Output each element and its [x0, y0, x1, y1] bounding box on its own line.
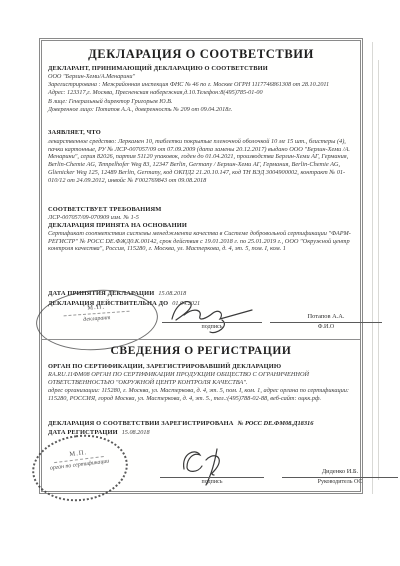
authority-heading: ОРГАН ПО СЕРТИФИКАЦИИ, ЗАРЕГИСТРИРОВАВШИ…	[48, 363, 354, 370]
name-label: Ф.И.О	[270, 323, 382, 330]
section-divider	[42, 339, 360, 340]
registration-date-value: 15.08.2018	[122, 429, 150, 436]
authority-name: RA.RU.11ФМ08 ОРГАН ПО СЕРТИФИКАЦИИ ПРОДУ…	[48, 371, 354, 386]
scan-artifact-line	[372, 42, 373, 494]
statement-body: лекарственное средство: Леркамен 10, таб…	[48, 138, 354, 184]
authority-sign-area: подпись	[160, 477, 264, 485]
authority-signer-name: Диденко И.Б.	[282, 468, 398, 477]
declarant-name-area: Потапов А.А. Ф.И.О	[270, 313, 382, 330]
page-title: ДЕКЛАРАЦИЯ О СООТВЕТСТВИИ	[48, 47, 354, 62]
authority-address: адрес организации: 115280, г. Москва, ул…	[48, 387, 354, 402]
conformity-body: ЛСР-007057/09-070909 изм. № 1-5	[48, 214, 354, 222]
declarant-representative: В лице: Генеральный директор Григорьев Ю…	[48, 98, 354, 106]
declarant-registration: Зарегистрирована : Межрайонная инспекция…	[48, 81, 354, 89]
basis-heading: ДЕКЛАРАЦИЯ ПРИНЯТА НА ОСНОВАНИИ	[48, 222, 354, 229]
declarant-details: ООО "Берлин-Хеми/А.Менарини" Зарегистрир…	[48, 73, 354, 114]
registration-title: СВЕДЕНИЯ О РЕГИСТРАЦИИ	[48, 345, 354, 357]
sign-label: подпись	[160, 478, 264, 485]
sign-label: подпись	[162, 323, 262, 330]
declarant-heading: ДЕКЛАРАНТ, ПРИНИМАЮЩИЙ ДЕКЛАРАЦИЮ О СООТ…	[48, 65, 354, 72]
stamp-role-text: декларант	[37, 312, 157, 327]
name-label: Руководитель ОС	[282, 478, 398, 485]
certification-body-stamp: М.П. орган по сертификации	[28, 429, 131, 506]
declarant-address: Адрес: 123317,г. Москва, Пресненская наб…	[48, 89, 354, 97]
authority-signature-scribble	[168, 445, 258, 481]
declarant-signer-name: Потапов А.А.	[270, 313, 382, 322]
basis-body: Сертификат соответствия системы менеджме…	[48, 230, 354, 253]
declaration-document: ДЕКЛАРАЦИЯ О СООТВЕТСТВИИ ДЕКЛАРАНТ, ПРИ…	[39, 38, 363, 494]
authority-name-area: Диденко И.Б. Руководитель ОС	[282, 468, 398, 485]
conformity-heading: СООТВЕТСТВУЕТ ТРЕБОВАНИЯМ	[48, 206, 354, 213]
declarant-company: ООО "Берлин-Хеми/А.Менарини"	[48, 73, 354, 81]
declarant-sign-area: подпись	[162, 322, 262, 330]
declarant-proxy: Доверенное лицо: Потапов А.А., доверенно…	[48, 106, 354, 114]
statement-heading: ЗАЯВЛЯЕТ, ЧТО	[48, 129, 354, 136]
scan-artifact-line	[378, 60, 379, 480]
